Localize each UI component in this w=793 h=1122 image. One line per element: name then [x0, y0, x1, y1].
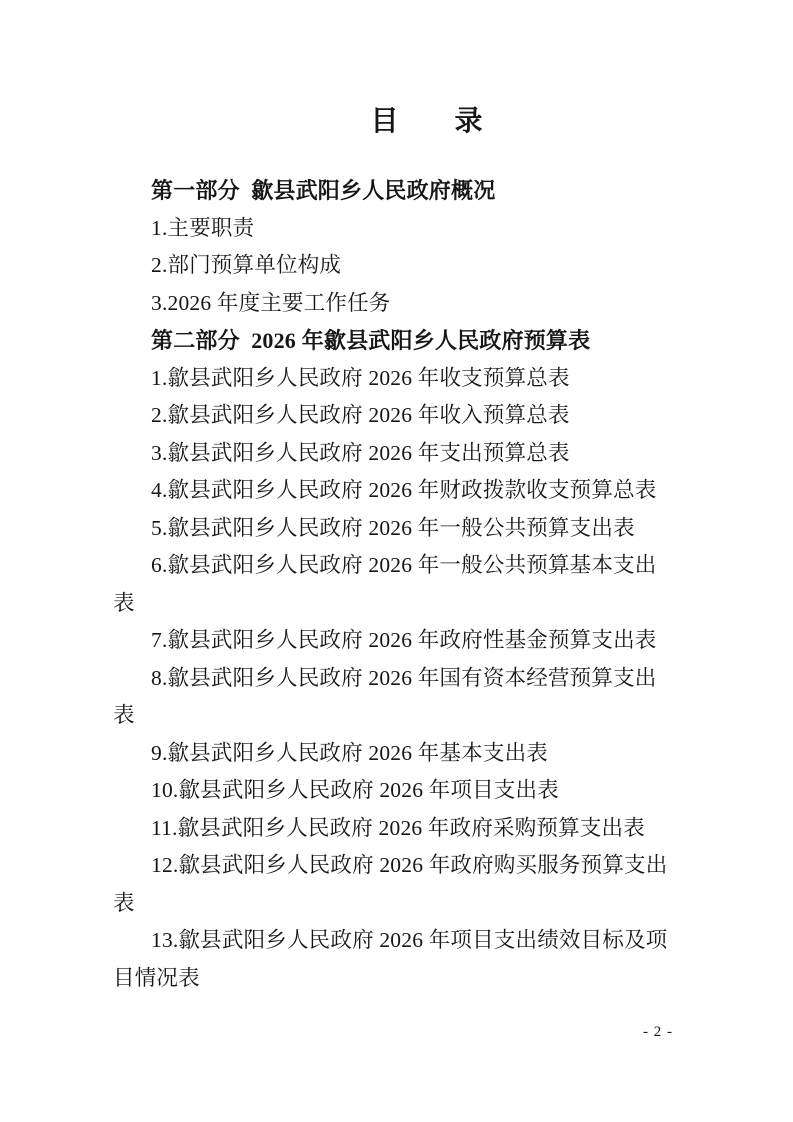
toc-item: 1.主要职责 — [113, 210, 693, 248]
toc-item: 1.歙县武阳乡人民政府 2026 年收支预算总表 — [113, 360, 693, 398]
toc-item: 6.歙县武阳乡人民政府 2026 年一般公共预算基本支出 — [113, 547, 693, 585]
toc-item: 8.歙县武阳乡人民政府 2026 年国有资本经营预算支出 — [113, 660, 693, 698]
document-page: 目 录 第一部分 歙县武阳乡人民政府概况1.主要职责2.部门预算单位构成3.20… — [0, 0, 793, 1122]
toc-item: 2.部门预算单位构成 — [113, 247, 693, 285]
toc-item: 13.歙县武阳乡人民政府 2026 年项目支出绩效目标及项 — [113, 922, 693, 960]
toc-item: 2.歙县武阳乡人民政府 2026 年收入预算总表 — [113, 397, 693, 435]
toc-item: 10.歙县武阳乡人民政府 2026 年项目支出表 — [113, 772, 693, 810]
toc-item: 12.歙县武阳乡人民政府 2026 年政府购买服务预算支出 — [113, 847, 693, 885]
toc-section-heading: 第一部分 歙县武阳乡人民政府概况 — [113, 172, 693, 210]
toc-item: 3.歙县武阳乡人民政府 2026 年支出预算总表 — [113, 435, 693, 473]
toc-item: 11.歙县武阳乡人民政府 2026 年政府采购预算支出表 — [113, 810, 693, 848]
toc-item-continuation: 目情况表 — [113, 960, 693, 998]
toc-item-continuation: 表 — [113, 697, 693, 735]
toc-item: 4.歙县武阳乡人民政府 2026 年财政拨款收支预算总表 — [113, 472, 693, 510]
toc-item: 9.歙县武阳乡人民政府 2026 年基本支出表 — [113, 735, 693, 773]
page-number: - 2 - — [0, 1024, 673, 1041]
toc-section-heading: 第二部分 2026 年歙县武阳乡人民政府预算表 — [113, 322, 693, 360]
toc-list: 第一部分 歙县武阳乡人民政府概况1.主要职责2.部门预算单位构成3.2026 年… — [0, 172, 793, 997]
toc-item-continuation: 表 — [113, 885, 693, 923]
page-title: 目 录 — [0, 0, 793, 142]
toc-item-continuation: 表 — [113, 585, 693, 623]
toc-item: 3.2026 年度主要工作任务 — [113, 285, 693, 323]
toc-item: 7.歙县武阳乡人民政府 2026 年政府性基金预算支出表 — [113, 622, 693, 660]
toc-item: 5.歙县武阳乡人民政府 2026 年一般公共预算支出表 — [113, 510, 693, 548]
